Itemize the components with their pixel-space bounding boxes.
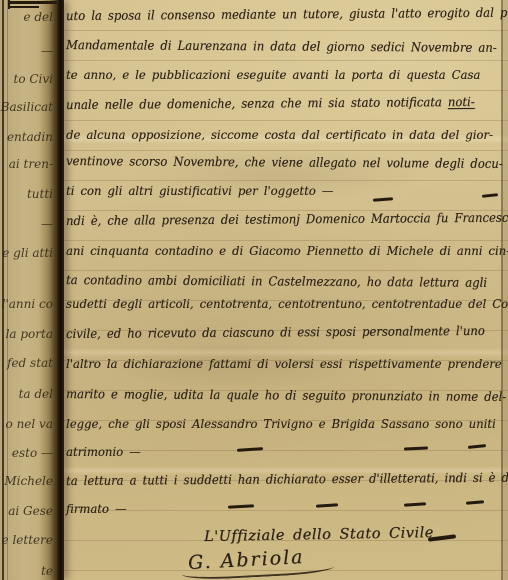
ruled-line	[0, 60, 508, 61]
ruled-line	[0, 30, 508, 31]
ruled-line	[0, 180, 508, 181]
text-line: sudetti degli articoli, centotrenta, cen…	[66, 296, 508, 311]
margin-fragment: Basilicat	[1, 100, 53, 114]
margin-fragment: —	[41, 217, 53, 231]
text-line: civile, ed ho ricevuto da ciascuno di es…	[66, 323, 485, 341]
page-edge-line-faint	[7, 0, 8, 580]
text-line: ndi è, che alla presenza dei testimonj D…	[66, 210, 508, 228]
ink-dash	[237, 447, 263, 452]
margin-fragment: di Michele	[0, 474, 53, 488]
ruled-line	[0, 150, 508, 151]
register-page: e del — to Civi Basilicat entadin ai tre…	[0, 0, 508, 580]
margin-fragment: ai Gese	[8, 504, 53, 518]
margin-fragment: o nel va	[6, 417, 53, 431]
margin-fragment: la porta	[6, 327, 53, 341]
ruled-line	[0, 90, 508, 91]
text-line: ani cinquanta contadino e di Giacomo Pie…	[66, 243, 508, 258]
binding-fold	[57, 0, 64, 580]
top-rule	[8, 6, 39, 8]
margin-fragment: esto —	[12, 446, 53, 460]
ink-dash	[482, 193, 498, 198]
text-line: firmato —	[66, 501, 127, 516]
text-line: l'altro la dichiarazione fattami di vole…	[66, 356, 502, 371]
margin-fragment: e del	[23, 10, 53, 24]
margin-fragment: te	[41, 564, 53, 578]
margin-fragment: ta del	[19, 387, 53, 401]
text-line: ta lettura a tutti i suddetti han dichia…	[66, 470, 508, 488]
margin-fragment: ai tren-	[9, 157, 53, 171]
ink-dash	[228, 504, 254, 508]
text-line: unale nelle due domeniche, senza che mi …	[66, 94, 475, 112]
text-line: atrimonio —	[66, 444, 141, 459]
ruled-line	[0, 120, 508, 121]
margin-fragment: l'anni co	[2, 297, 53, 311]
facing-page-edge: e del — to Civi Basilicat entadin ai tre…	[0, 0, 57, 580]
margin-fragment: —	[41, 44, 53, 58]
text-line: te anno, e le pubblicazioni eseguite ava…	[66, 67, 480, 82]
margin-fragment: fed stat	[7, 356, 53, 370]
page-edge-line	[2, 0, 4, 580]
ink-dash	[466, 500, 484, 505]
text-line: legge, che gli sposi Alessandro Trivigno…	[66, 416, 496, 431]
ink-dash	[316, 503, 338, 508]
margin-fragment: to Civi	[14, 72, 54, 86]
margin-fragment: e lettere	[2, 533, 53, 547]
text-line: ta contadino ambi domiciliati in Castelm…	[66, 272, 487, 290]
text-line: Mandamentale di Laurenzana in data del g…	[66, 37, 497, 55]
underlined-word: noti-	[448, 94, 475, 109]
ink-dash	[404, 502, 426, 507]
text-line: ventinove scorso Novembre, che viene all…	[66, 153, 503, 171]
ruled-line	[0, 240, 508, 241]
right-paper-edge	[503, 0, 508, 580]
margin-fragment: tutti	[27, 187, 53, 201]
ruled-line	[0, 270, 508, 271]
text-line: ti con gli altri giustificativi per l'og…	[66, 183, 333, 198]
ink-bleed-through	[0, 0, 508, 580]
text-line: de alcuna opposizione, siccome costa dal…	[66, 127, 493, 142]
official-title: L'Uffiziale dello Stato Civile	[204, 525, 434, 545]
margin-fragment: entadin	[7, 130, 53, 144]
text-line: marito e moglie, udita la quale ho di se…	[66, 386, 506, 404]
top-rule	[8, 1, 57, 4]
text-line: uto la sposa il consenso mediante un tut…	[66, 5, 508, 23]
ink-dash	[373, 197, 393, 201]
margin-fragment: e gli atti	[2, 246, 53, 260]
ink-dash	[468, 444, 486, 449]
